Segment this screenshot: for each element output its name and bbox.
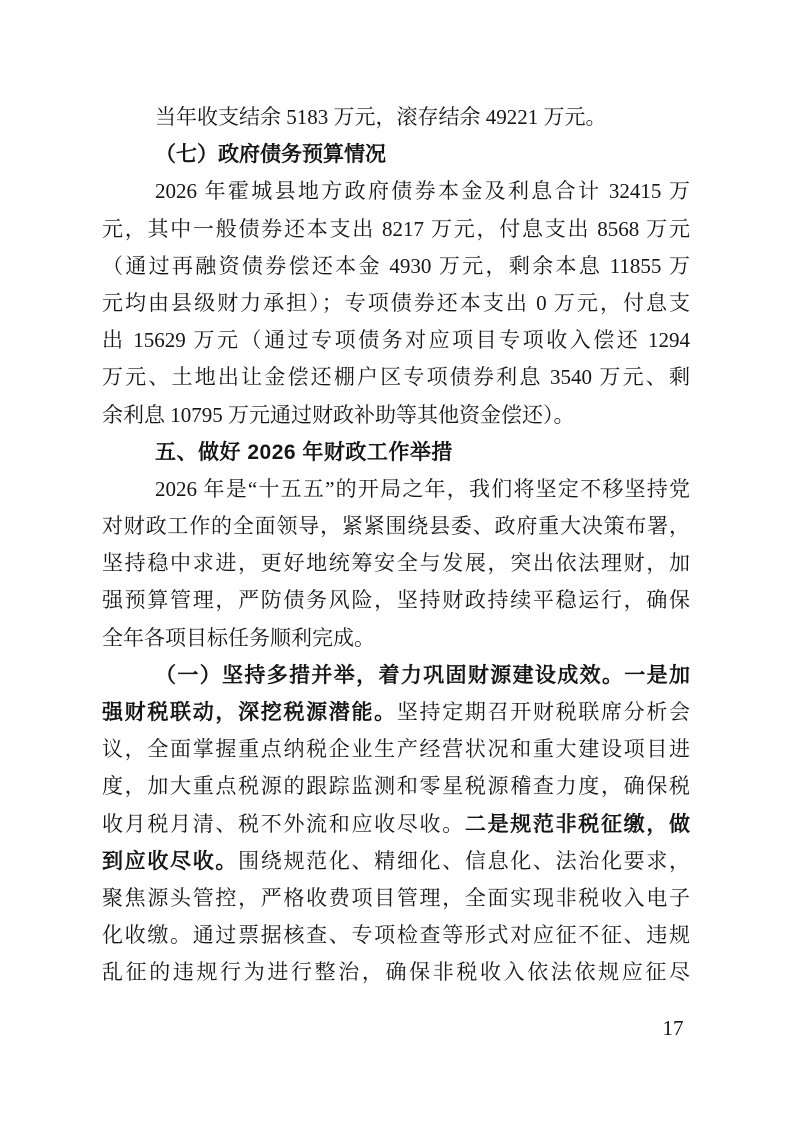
text-run: 强预算管理，严防债务风险，坚持财政持续平稳运行，确保 bbox=[102, 588, 690, 612]
text-run: 元均由县级财力承担）；专项债券还本支出 0 万元，付息支 bbox=[102, 291, 690, 315]
text-line: 元均由县级财力承担）；专项债券还本支出 0 万元，付息支 bbox=[102, 285, 690, 322]
page-number: 17 bbox=[648, 1013, 698, 1043]
text-line: 对财政工作的全面领导，紧紧围绕县委、政府重大决策布署， bbox=[102, 508, 690, 545]
text-line: 余利息 10795 万元通过财政补助等其他资金偿还）。 bbox=[102, 397, 690, 434]
text-run: 当年收支结余 5183 万元，滚存结余 49221 万元。 bbox=[155, 105, 607, 129]
document-page: 当年收支结余 5183 万元，滚存结余 49221 万元。（七）政府债务预算情况… bbox=[0, 0, 793, 1122]
text-line: 坚持稳中求进，更好地统筹安全与发展，突出依法理财，加 bbox=[102, 545, 690, 582]
text-run: 2026 年是“十五五”的开局之年，我们将坚定不移坚持党 bbox=[155, 477, 690, 501]
text-run: 议，全面掌握重点纳税企业生产经营状况和重大建设项目进 bbox=[102, 737, 690, 761]
text-run: 坚持定期召开财税联席分析会 bbox=[397, 700, 690, 724]
text-run: 对财政工作的全面领导，紧紧围绕县委、政府重大决策布署， bbox=[102, 514, 690, 538]
bold-text-run: 到应收尽收。 bbox=[102, 849, 238, 873]
bold-text-run: 五、做好 2026 年财政工作举措 bbox=[155, 441, 453, 464]
text-run: 元，其中一般债券还本支出 8217 万元，付息支出 8568 万元 bbox=[102, 217, 690, 241]
text-line: 2026 年是“十五五”的开局之年，我们将坚定不移坚持党 bbox=[102, 471, 690, 508]
paragraph-balance-carryover: 当年收支结余 5183 万元，滚存结余 49221 万元。 bbox=[102, 99, 690, 136]
text-line: 强财税联动，深挖税源潜能。坚持定期召开财税联席分析会 bbox=[102, 694, 690, 731]
document-text-area: 当年收支结余 5183 万元，滚存结余 49221 万元。（七）政府债务预算情况… bbox=[102, 99, 690, 992]
bold-text-run: 强财税联动，深挖税源潜能。 bbox=[102, 700, 397, 724]
text-line: 2026 年霍城县地方政府债券本金及利息合计 32415 万 bbox=[102, 173, 690, 210]
text-run: 坚持稳中求进，更好地统筹安全与发展，突出依法理财，加 bbox=[102, 551, 690, 575]
paragraph-opening-year-overview: 2026 年是“十五五”的开局之年，我们将坚定不移坚持党对财政工作的全面领导，紧… bbox=[102, 471, 690, 657]
text-run: 全年各项目标任务顺利完成。 bbox=[102, 626, 375, 650]
text-run: （通过再融资债券偿还本金 4930 万元，剩余本息 11855 万 bbox=[102, 254, 690, 278]
text-line: 元，其中一般债券还本支出 8217 万元，付息支出 8568 万元 bbox=[102, 211, 690, 248]
text-line: 化收缴。通过票据核查、专项检查等形式对应征不征、违规 bbox=[102, 917, 690, 954]
text-run: 聚焦源头管控，严格收费项目管理，全面实现非税收入电子 bbox=[102, 886, 690, 910]
text-line: （七）政府债务预算情况 bbox=[102, 136, 690, 173]
text-run: 度，加大重点税源的跟踪监测和零星税源稽查力度，确保税 bbox=[102, 774, 690, 798]
text-line: 议，全面掌握重点纳税企业生产经营状况和重大建设项目进 bbox=[102, 731, 690, 768]
text-line: 聚焦源头管控，严格收费项目管理，全面实现非税收入电子 bbox=[102, 880, 690, 917]
text-run: 收月税月清、税不外流和应收尽收。 bbox=[102, 812, 465, 836]
paragraph-debt-details: 2026 年霍城县地方政府债券本金及利息合计 32415 万元，其中一般债券还本… bbox=[102, 173, 690, 433]
text-line: 全年各项目标任务顺利完成。 bbox=[102, 620, 690, 657]
heading-section-5-fiscal-work-measures: 五、做好 2026 年财政工作举措 bbox=[102, 434, 690, 471]
bold-text-run: 二是规范非税征缴，做 bbox=[465, 812, 690, 836]
text-line: 收月税月清、税不外流和应收尽收。二是规范非税征缴，做 bbox=[102, 806, 690, 843]
text-run: 乱征的违规行为进行整治，确保非税收入依法依规应征尽 bbox=[102, 960, 690, 984]
text-line: 强预算管理，严防债务风险，坚持财政持续平稳运行，确保 bbox=[102, 582, 690, 619]
text-line: 乱征的违规行为进行整治，确保非税收入依法依规应征尽 bbox=[102, 954, 690, 991]
text-run: 围绕规范化、精细化、信息化、法治化要求， bbox=[238, 849, 690, 873]
text-run: 万元、土地出让金偿还棚户区专项债券利息 3540 万元、剩 bbox=[102, 365, 690, 389]
text-run: 出 15629 万元（通过专项债务对应项目专项收入偿还 1294 bbox=[102, 328, 690, 352]
text-line: （通过再融资债券偿还本金 4930 万元，剩余本息 11855 万 bbox=[102, 248, 690, 285]
paragraph-measure-1-revenue-base: （一）坚持多措并举，着力巩固财源建设成效。一是加强财税联动，深挖税源潜能。坚持定… bbox=[102, 657, 690, 992]
text-line: 度，加大重点税源的跟踪监测和零星税源稽查力度，确保税 bbox=[102, 768, 690, 805]
bold-text-run: （七）政府债务预算情况 bbox=[155, 142, 386, 166]
text-run: 2026 年霍城县地方政府债券本金及利息合计 32415 万 bbox=[155, 179, 690, 203]
text-line: 到应收尽收。围绕规范化、精细化、信息化、法治化要求， bbox=[102, 843, 690, 880]
text-line: （一）坚持多措并举，着力巩固财源建设成效。一是加 bbox=[102, 657, 690, 694]
bold-text-run: （一）坚持多措并举，着力巩固财源建设成效。一是加 bbox=[155, 663, 690, 687]
text-run: 化收缴。通过票据核查、专项检查等形式对应征不征、违规 bbox=[102, 923, 690, 947]
text-line: 当年收支结余 5183 万元，滚存结余 49221 万元。 bbox=[102, 99, 690, 136]
heading-section-7-government-debt-budget: （七）政府债务预算情况 bbox=[102, 136, 690, 173]
text-run: 余利息 10795 万元通过财政补助等其他资金偿还）。 bbox=[102, 403, 575, 427]
text-line: 万元、土地出让金偿还棚户区专项债券利息 3540 万元、剩 bbox=[102, 359, 690, 396]
text-line: 五、做好 2026 年财政工作举措 bbox=[102, 434, 690, 471]
text-line: 出 15629 万元（通过专项债务对应项目专项收入偿还 1294 bbox=[102, 322, 690, 359]
